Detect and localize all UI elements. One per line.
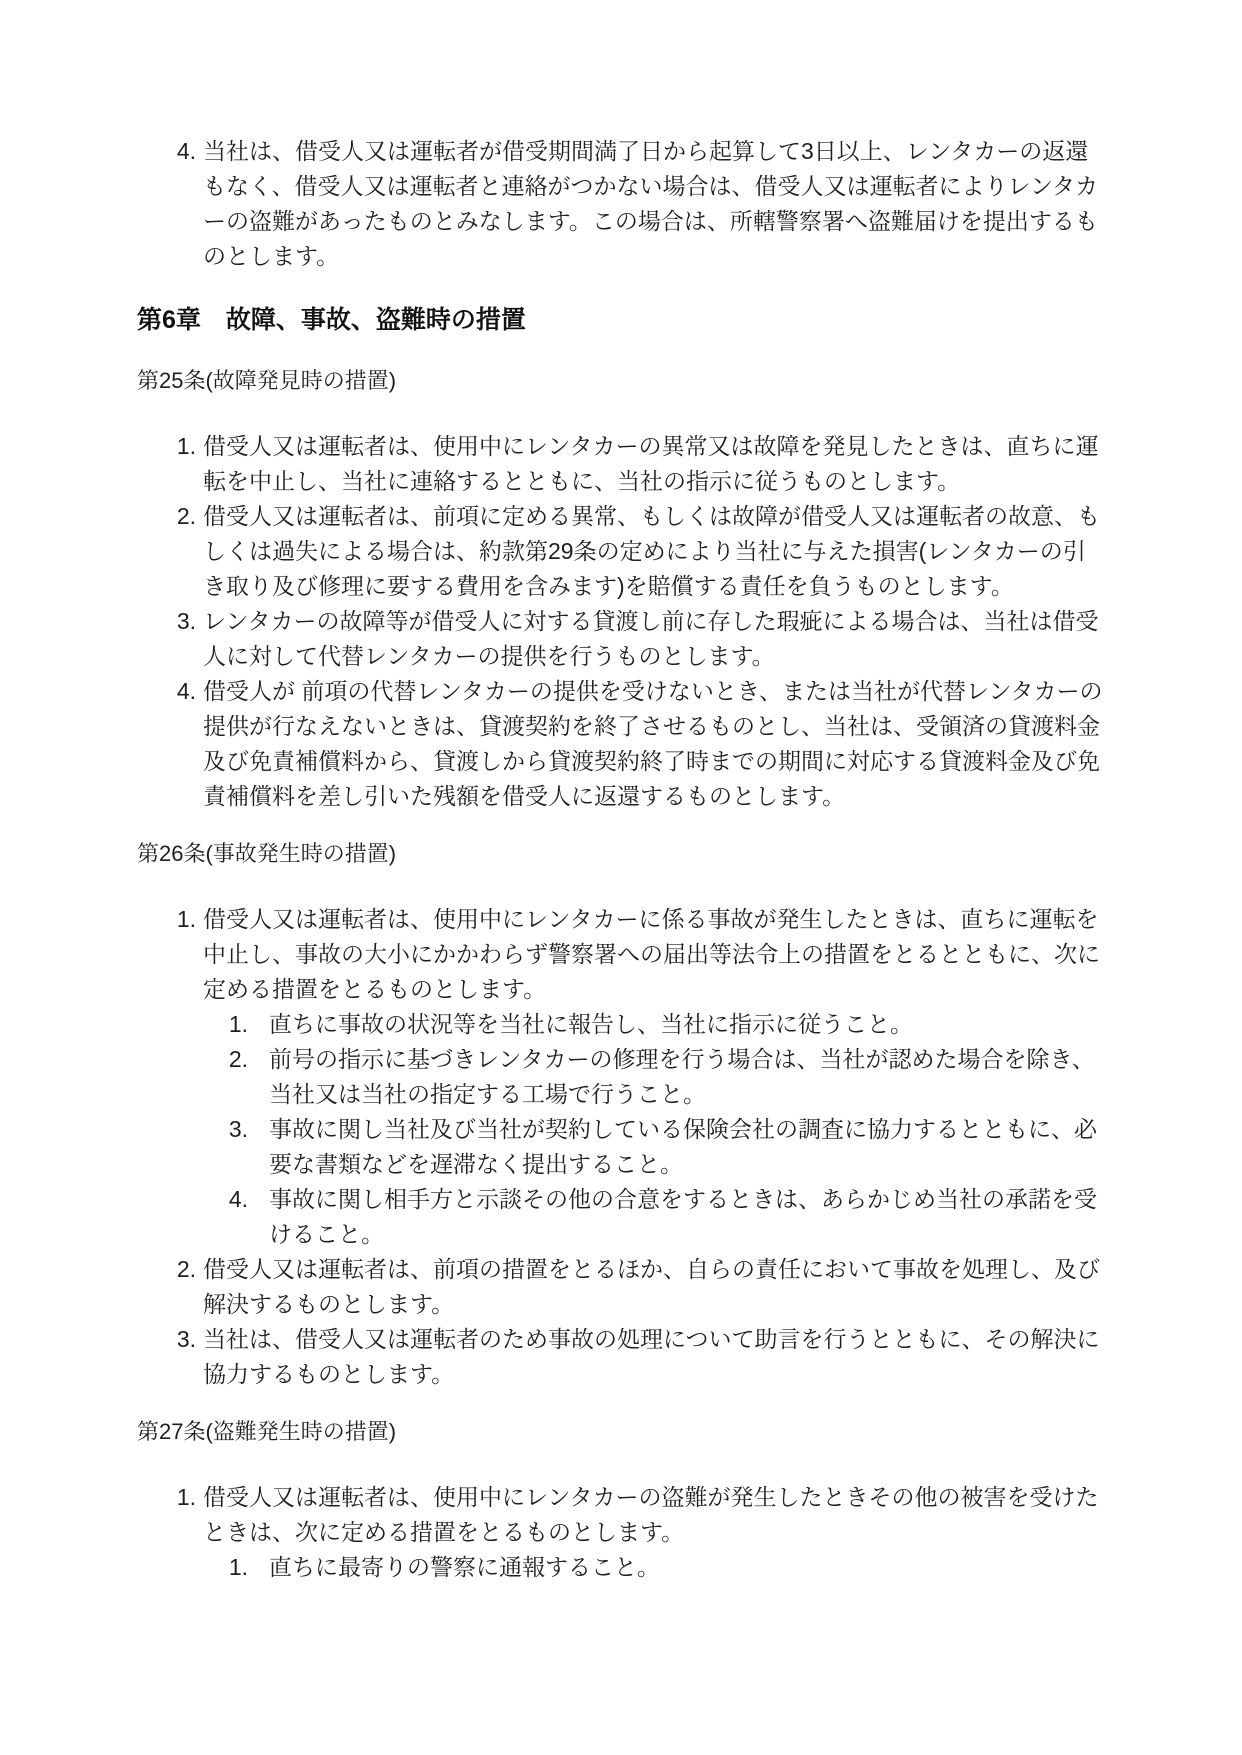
list-item-number: 3. <box>203 1112 269 1147</box>
list-item-number: 4. <box>137 134 203 169</box>
sub-list-item: 1. 直ちに最寄りの警察に通報すること。 <box>203 1550 1105 1585</box>
list-item-text: 借受人又は運転者は、使用中にレンタカーに係る事故が発生したときは、直ちに運転を中… <box>203 902 1105 1007</box>
list-item-text: 直ちに最寄りの警察に通報すること。 <box>269 1550 1105 1585</box>
article-heading-25: 第25条(故障発見時の措置) <box>137 363 1105 398</box>
list-item-number: 1. <box>137 429 203 464</box>
article-25-list: 1. 借受人又は運転者は、使用中にレンタカーの異常又は故障を発見したときは、直ち… <box>137 429 1105 814</box>
list-item-text: 借受人又は運転者は、前項に定める異常、もしくは故障が借受人又は運転者の故意、もし… <box>203 499 1105 604</box>
sub-list-item: 4. 事故に関し相手方と示談その他の合意をするときは、あらかじめ当社の承諾を受け… <box>203 1182 1105 1252</box>
list-item-text: 当社は、借受人又は運転者のため事故の処理について助言を行うとともに、その解決に協… <box>203 1322 1105 1392</box>
list-item-number: 4. <box>203 1182 269 1217</box>
list-item: 1. 借受人又は運転者は、使用中にレンタカーの盗難が発生したときその他の被害を受… <box>137 1480 1105 1585</box>
list-item: 4. 借受人が 前項の代替レンタカーの提供を受けないとき、または当社が代替レンタ… <box>137 674 1105 814</box>
chapter-heading: 第6章 故障、事故、盗難時の措置 <box>137 299 1105 341</box>
article-27-list: 1. 借受人又は運転者は、使用中にレンタカーの盗難が発生したときその他の被害を受… <box>137 1480 1105 1585</box>
list-item: 1. 借受人又は運転者は、使用中にレンタカーに係る事故が発生したときは、直ちに運… <box>137 902 1105 1252</box>
article-heading-26: 第26条(事故発生時の措置) <box>137 836 1105 871</box>
list-item-body: 借受人又は運転者は、使用中にレンタカーに係る事故が発生したときは、直ちに運転を中… <box>203 902 1105 1252</box>
list-item: 1. 借受人又は運転者は、使用中にレンタカーの異常又は故障を発見したときは、直ち… <box>137 429 1105 499</box>
article-26-list: 1. 借受人又は運転者は、使用中にレンタカーに係る事故が発生したときは、直ちに運… <box>137 902 1105 1392</box>
list-item: 3. レンタカーの故障等が借受人に対する貸渡し前に存した瑕疵による場合は、当社は… <box>137 604 1105 674</box>
list-item-number: 1. <box>137 902 203 937</box>
sub-list: 1. 直ちに最寄りの警察に通報すること。 <box>203 1550 1105 1585</box>
list-item-number: 1. <box>203 1550 269 1585</box>
list-item-text: 前号の指示に基づきレンタカーの修理を行う場合は、当社が認めた場合を除き、当社又は… <box>269 1042 1105 1112</box>
sub-list-item: 1. 直ちに事故の状況等を当社に報告し、当社に指示に従うこと。 <box>203 1007 1105 1042</box>
list-item-text: 借受人又は運転者は、使用中にレンタカーの異常又は故障を発見したときは、直ちに運転… <box>203 429 1105 499</box>
document-page: 4. 当社は、借受人又は運転者が借受期間満了日から起算して3日以上、レンタカーの… <box>0 0 1242 1755</box>
list-item: 4. 当社は、借受人又は運転者が借受期間満了日から起算して3日以上、レンタカーの… <box>137 134 1105 274</box>
list-item-body: 借受人又は運転者は、使用中にレンタカーの盗難が発生したときその他の被害を受けたと… <box>203 1480 1105 1585</box>
sub-list: 1. 直ちに事故の状況等を当社に報告し、当社に指示に従うこと。 2. 前号の指示… <box>203 1007 1105 1252</box>
list-item-text: 直ちに事故の状況等を当社に報告し、当社に指示に従うこと。 <box>269 1007 1105 1042</box>
article-heading-27: 第27条(盗難発生時の措置) <box>137 1414 1105 1449</box>
sub-list-item: 3. 事故に関し当社及び当社が契約している保険会社の調査に協力するとともに、必要… <box>203 1112 1105 1182</box>
list-item-number: 3. <box>137 604 203 639</box>
list-item-number: 3. <box>137 1322 203 1357</box>
list-item-text: 事故に関し当社及び当社が契約している保険会社の調査に協力するとともに、必要な書類… <box>269 1112 1105 1182</box>
list-item-text: レンタカーの故障等が借受人に対する貸渡し前に存した瑕疵による場合は、当社は借受人… <box>203 604 1105 674</box>
list-item-text: 借受人が 前項の代替レンタカーの提供を受けないとき、または当社が代替レンタカーの… <box>203 674 1105 814</box>
list-item: 2. 借受人又は運転者は、前項の措置をとるほか、自らの責任において事故を処理し、… <box>137 1252 1105 1322</box>
list-item-text: 事故に関し相手方と示談その他の合意をするときは、あらかじめ当社の承諾を受けること… <box>269 1182 1105 1252</box>
sub-list-item: 2. 前号の指示に基づきレンタカーの修理を行う場合は、当社が認めた場合を除き、当… <box>203 1042 1105 1112</box>
list-item: 2. 借受人又は運転者は、前項に定める異常、もしくは故障が借受人又は運転者の故意… <box>137 499 1105 604</box>
list-item-text: 借受人又は運転者は、使用中にレンタカーの盗難が発生したときその他の被害を受けたと… <box>203 1480 1105 1550</box>
list-item-text: 借受人又は運転者は、前項の措置をとるほか、自らの責任において事故を処理し、及び解… <box>203 1252 1105 1322</box>
list-item-number: 1. <box>203 1007 269 1042</box>
list-item-number: 1. <box>137 1480 203 1515</box>
list-item-text: 当社は、借受人又は運転者が借受期間満了日から起算して3日以上、レンタカーの返還も… <box>203 134 1105 274</box>
list-item-number: 2. <box>137 1252 203 1287</box>
continuation-list: 4. 当社は、借受人又は運転者が借受期間満了日から起算して3日以上、レンタカーの… <box>137 134 1105 274</box>
list-item-number: 2. <box>137 499 203 534</box>
list-item-number: 2. <box>203 1042 269 1077</box>
list-item: 3. 当社は、借受人又は運転者のため事故の処理について助言を行うとともに、その解… <box>137 1322 1105 1392</box>
list-item-number: 4. <box>137 674 203 709</box>
